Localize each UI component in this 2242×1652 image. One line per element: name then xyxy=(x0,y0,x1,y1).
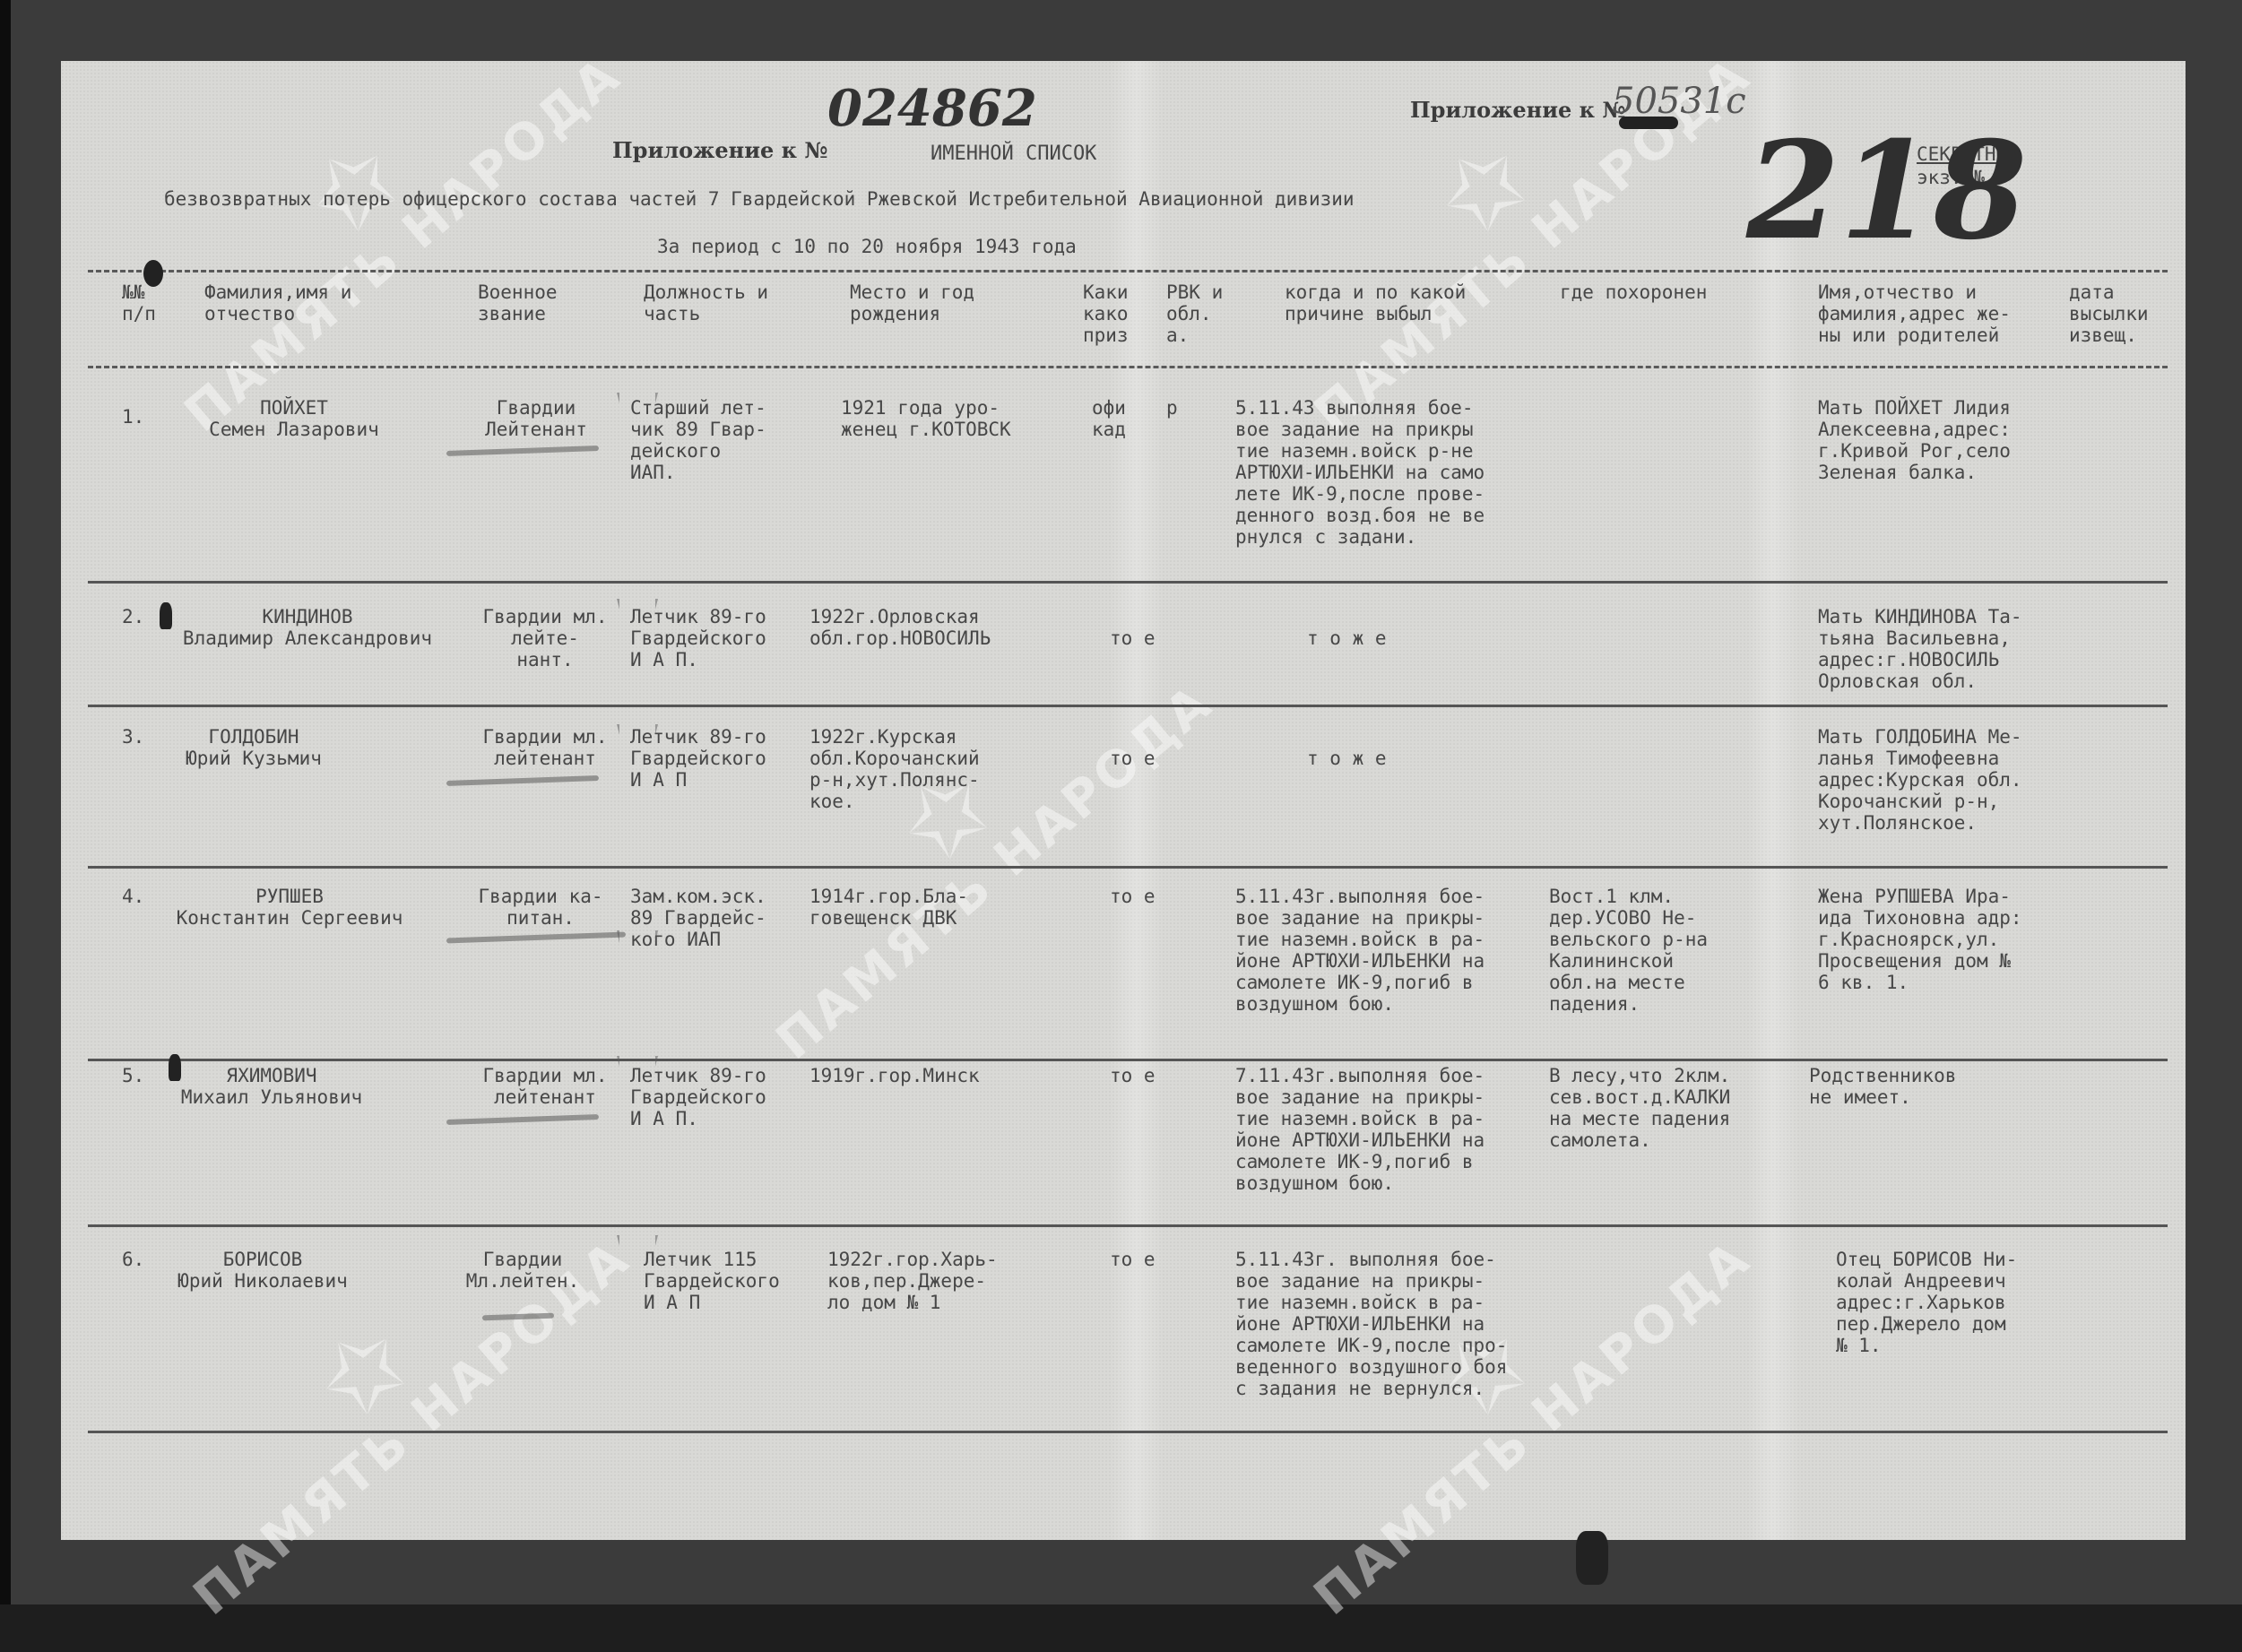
pencil-check-mark xyxy=(617,930,658,1029)
scan-edge xyxy=(0,0,11,1652)
appendix-label-right: Приложение к № xyxy=(1410,97,1625,123)
star-icon: ✩ xyxy=(122,1156,607,1586)
appendix-number-handwritten: 024862 xyxy=(827,79,1037,138)
row-drafted: то е xyxy=(1110,1065,1156,1086)
col-header-rank: Военное звание xyxy=(478,281,558,324)
row-rank: Гвардии Мл.лейтен. xyxy=(446,1249,599,1292)
col-header-name: Фамилия,имя и отчество xyxy=(204,281,351,324)
row-divider xyxy=(88,1431,2168,1433)
appendix-label-left: Приложение к № xyxy=(612,137,827,163)
ink-blot xyxy=(1619,117,1678,129)
col-header-relatives: Имя,отчество и фамилия,адрес же- ны или … xyxy=(1818,281,2011,346)
row-birth: 1922г.Курская обл.Корочанский р-н,хут.По… xyxy=(809,726,980,812)
row-relatives: Мать ГОЛДОБИНА Ме- ланья Тимофеевна адре… xyxy=(1818,726,2022,834)
row-reason: 5.11.43 выполняя бое- вое задание на при… xyxy=(1235,397,1485,548)
row-rank: Гвардии Лейтенант xyxy=(446,397,626,440)
col-header-notice-date: дата высылки извещ. xyxy=(2069,281,2149,346)
row-drafted: то е xyxy=(1110,1249,1156,1270)
col-header-position: Должность и часть xyxy=(644,281,768,324)
document-page: ✩ПАМЯТЬ НАРОДА ✩ПАМЯТЬ НАРОДА ✩ПАМЯТЬ НА… xyxy=(61,61,2186,1540)
row-num: 4. xyxy=(122,886,144,907)
list-title: ИМЕННОЙ СПИСОК xyxy=(931,143,1096,165)
row-name: РУПШЕВ Константин Сергеевич xyxy=(164,886,415,929)
row-rank: Гвардии мл. лейтенант xyxy=(446,1065,644,1108)
row-name: ПОЙХЕТ Семен Лазарович xyxy=(164,397,424,440)
col-header-reason: когда и по какой причине выбыл xyxy=(1285,281,1466,324)
pencil-underline xyxy=(446,775,599,786)
row-birth: 1919г.гор.Минск xyxy=(809,1065,980,1086)
pencil-underline xyxy=(446,445,599,456)
row-buried: Вост.1 клм. дер.УСОВО Не- вельского р-на… xyxy=(1549,886,1708,1015)
row-divider xyxy=(88,581,2168,584)
watermark: ✩ПАМЯТЬ НАРОДА xyxy=(113,0,630,441)
row-relatives: Жена РУПШЕВА Ира- ида Тихоновна адр: г.К… xyxy=(1818,886,2022,993)
scan-bottom-edge xyxy=(0,1604,2242,1652)
document-period: За период с 10 по 20 ноября 1943 года xyxy=(657,236,1077,257)
row-reason: 7.11.43г.выполняя бое- вое задание на пр… xyxy=(1235,1065,1485,1194)
row-divider xyxy=(88,705,2168,707)
row-divider xyxy=(88,866,2168,869)
row-reason: 5.11.43г. выполняя бое- вое задание на п… xyxy=(1235,1249,1507,1399)
row-relatives: Отец БОРИСОВ Ни- колай Андреевич адрес:г… xyxy=(1836,1249,2017,1356)
watermark: ✩ПАМЯТЬ НАРОДА xyxy=(1242,0,1760,441)
row-num: 3. xyxy=(122,726,144,748)
row-reason: 5.11.43г.выполняя бое- вое задание на пр… xyxy=(1235,886,1485,1015)
page-number-handwritten: 218 xyxy=(1746,124,2027,258)
row-birth: 1922г.гор.Харь- ков,пер.Джере- ло дом № … xyxy=(827,1249,998,1313)
row-relatives: Мать КИНДИНОВА Та- тьяна Васильевна, адр… xyxy=(1818,606,2022,692)
col-header-drafted: Каки како приз xyxy=(1083,281,1129,346)
col-header-rvk: РВК и обл. а. xyxy=(1166,281,1223,346)
header-rule-bottom xyxy=(88,366,2168,371)
row-num: 5. xyxy=(122,1065,144,1086)
row-num: 2. xyxy=(122,606,144,627)
row-drafted: то е xyxy=(1110,748,1156,769)
col-header-num: №№ п/п xyxy=(122,281,156,324)
paper-fold xyxy=(1746,61,1800,1540)
col-header-buried: где похоронен xyxy=(1560,281,1707,303)
row-buried: В лесу,что 2клм. сев.вост.д.КАЛКИ на мес… xyxy=(1549,1065,1730,1151)
row-drafted: то е xyxy=(1110,886,1156,907)
row-divider xyxy=(88,1059,2168,1061)
row-name: БОРИСОВ Юрий Николаевич xyxy=(164,1249,361,1292)
ink-blot xyxy=(1576,1531,1608,1585)
pencil-underline xyxy=(446,932,626,944)
row-rank: Гвардии мл. лейтенант xyxy=(446,726,644,769)
row-rank: Гвардии мл. лейте- нант. xyxy=(446,606,644,670)
row-num: 6. xyxy=(122,1249,144,1270)
col-header-birth: Место и год рождения xyxy=(850,281,974,324)
row-relatives: Родственников не имеет. xyxy=(1809,1065,1956,1108)
row-birth: 1921 года уро- женец г.КОТОВСК xyxy=(841,397,1011,440)
row-reason: т о ж е xyxy=(1307,627,1387,649)
row-rank: Гвардии ка- питан. xyxy=(446,886,635,929)
row-birth: 1914г.гор.Бла- говещенск ДВК xyxy=(809,886,968,929)
row-reason: т о ж е xyxy=(1307,748,1387,769)
row-divider xyxy=(88,1224,2168,1227)
pencil-underline xyxy=(446,1114,599,1125)
row-name: ГОЛДОБИН Юрий Кузьмич xyxy=(164,726,343,769)
row-rvk: р xyxy=(1166,397,1178,419)
row-position: Летчик 115 Гвардейского И А П xyxy=(644,1249,780,1313)
header-rule-top xyxy=(88,270,2168,275)
row-drafted: офи кад xyxy=(1092,397,1126,440)
row-num: 1. xyxy=(122,406,144,428)
document-subtitle: безвозвратных потерь офицерского состава… xyxy=(164,188,1355,210)
row-drafted: то е xyxy=(1110,627,1156,649)
row-birth: 1922г.Орловская обл.гор.НОВОСИЛЬ xyxy=(809,606,991,649)
row-name: КИНДИНОВ Владимир Александрович xyxy=(164,606,451,649)
row-relatives: Мать ПОЙХЕТ Лидия Алексеевна,адрес: г.Кр… xyxy=(1818,397,2011,483)
row-name: ЯХИМОВИЧ Михаил Ульянович xyxy=(164,1065,379,1108)
